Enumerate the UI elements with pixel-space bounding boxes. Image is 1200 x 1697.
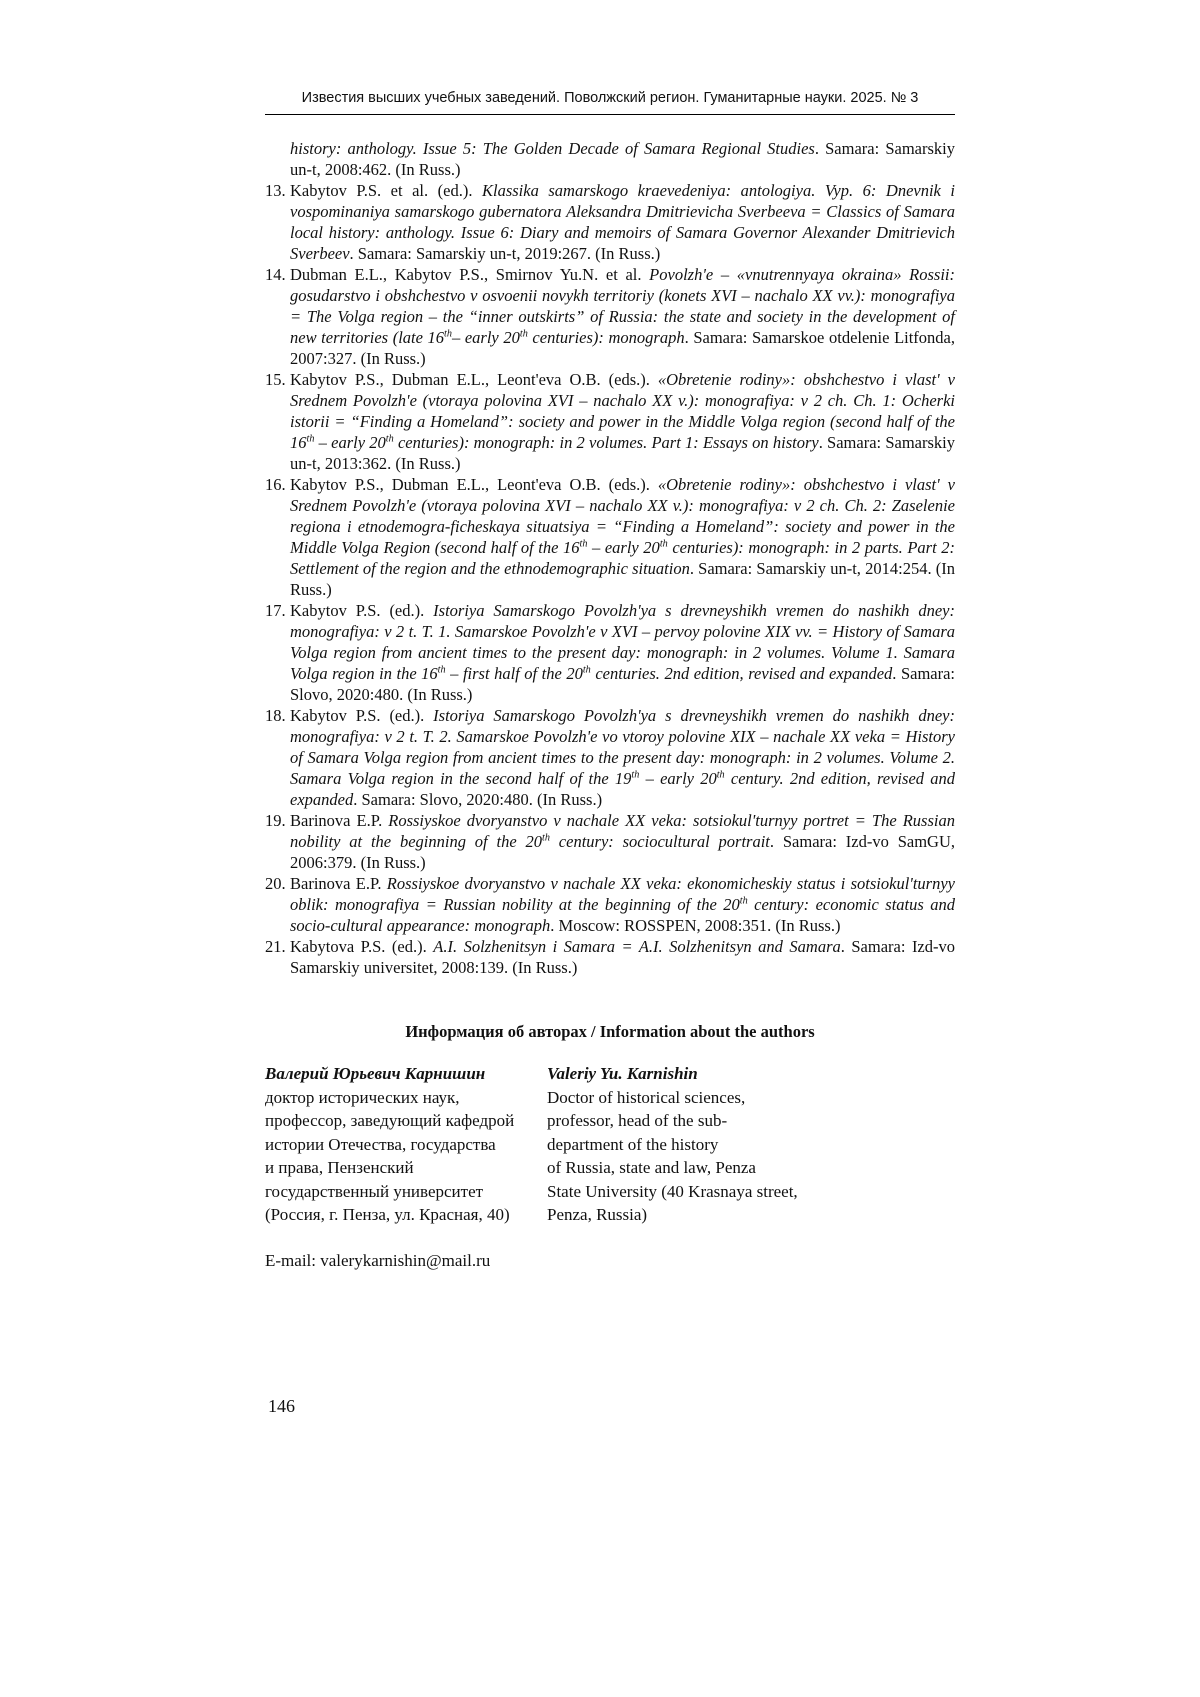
reference-item: 18.Kabytov P.S. (ed.). Istoriya Samarsko…	[265, 705, 955, 810]
ref-text-segment: centuries. 2nd edition, revised and expa…	[591, 664, 893, 683]
page-content: Известия высших учебных заведений. Повол…	[265, 0, 955, 1272]
author-column-en: Valeriy Yu. Karnishin Doctor of historic…	[547, 1062, 955, 1227]
author-bio-line: доктор исторических наук,	[265, 1086, 547, 1110]
author-bio-line: State University (40 Krasnaya street,	[547, 1180, 955, 1204]
authors-info: Валерий Юрьевич Карнишин доктор историче…	[265, 1062, 955, 1227]
reference-item: 17.Kabytov P.S. (ed.). Istoriya Samarsko…	[265, 600, 955, 705]
author-bio-line: Penza, Russia)	[547, 1203, 955, 1227]
ref-text-segment: Kabytov P.S. (ed.).	[290, 706, 433, 725]
author-email: E-mail: valerykarnishin@mail.ru	[265, 1249, 955, 1272]
reference-item: 20.Barinova E.P. Rossiyskoe dvoryanstvo …	[265, 873, 955, 936]
author-bio-en: Doctor of historical sciences,professor,…	[547, 1086, 955, 1227]
author-bio-line: государственный университет	[265, 1180, 547, 1204]
ref-text-segment: th	[520, 329, 528, 340]
reference-number: 18.	[265, 705, 290, 726]
ref-text-segment: – early 20	[587, 538, 659, 557]
journal-header: Известия высших учебных заведений. Повол…	[265, 90, 955, 115]
author-bio-line: professor, head of the sub-	[547, 1109, 955, 1133]
ref-text-segment: Kabytov P.S., Dubman E.L., Leont'eva O.B…	[290, 370, 658, 389]
ref-text-segment: Kabytova P.S. (ed.).	[290, 937, 433, 956]
ref-text-segment: Kabytov P.S., Dubman E.L., Leont'eva O.B…	[290, 475, 658, 494]
reference-carryover: history: anthology. Issue 5: The Golden …	[290, 138, 955, 180]
ref-text-segment: – first half of the 20	[446, 664, 583, 683]
reference-item: 16.Kabytov P.S., Dubman E.L., Leont'eva …	[265, 474, 955, 600]
reference-item: 13.Kabytov P.S. et al. (ed.). Klassika s…	[265, 180, 955, 264]
ref-text-segment: Kabytov P.S. et al. (ed.).	[290, 181, 482, 200]
reference-number: 13.	[265, 180, 290, 201]
ref-text-segment: Barinova E.P.	[290, 811, 388, 830]
ref-text-segment: th	[740, 896, 748, 907]
reference-item: 15.Kabytov P.S., Dubman E.L., Leont'eva …	[265, 369, 955, 474]
ref-text-segment: . Samara: Slovo, 2020:480. (In Russ.)	[353, 790, 602, 809]
author-bio-line: Doctor of historical sciences,	[547, 1086, 955, 1110]
reference-number: 21.	[265, 936, 290, 957]
ref-text-segment: th	[583, 665, 591, 676]
reference-number: 17.	[265, 600, 290, 621]
ref-text-segment: centuries): monograph	[528, 328, 685, 347]
author-column-ru: Валерий Юрьевич Карнишин доктор историче…	[265, 1062, 547, 1227]
ref-text-segment: th	[438, 665, 446, 676]
author-name-en: Valeriy Yu. Karnishin	[547, 1062, 955, 1086]
author-bio-line: и права, Пензенский	[265, 1156, 547, 1180]
ref-text-segment: – early 20	[452, 328, 520, 347]
author-bio-line: (Россия, г. Пенза, ул. Красная, 40)	[265, 1203, 547, 1227]
reference-number: 16.	[265, 474, 290, 495]
ref-text-segment: century: sociocultural portrait	[550, 832, 770, 851]
ref-text-segment: – early 20	[639, 769, 716, 788]
reference-number: 19.	[265, 810, 290, 831]
ref-text-segment: Dubman E.L., Kabytov P.S., Smirnov Yu.N.…	[290, 265, 649, 284]
author-bio-line: истории Отечества, государства	[265, 1133, 547, 1157]
references-list: history: anthology. Issue 5: The Golden …	[265, 138, 955, 978]
ref-text-segment: . Moscow: ROSSPEN, 2008:351. (In Russ.)	[550, 916, 840, 935]
ref-text-segment: . Samara: Samarskiy un-t, 2019:267. (In …	[350, 244, 661, 263]
reference-number: 14.	[265, 264, 290, 285]
page-number: 146	[268, 1396, 295, 1416]
author-bio-line: профессор, заведующий кафедрой	[265, 1109, 547, 1133]
author-bio-line: department of the history	[547, 1133, 955, 1157]
author-name-ru: Валерий Юрьевич Карнишин	[265, 1062, 547, 1086]
ref-text-segment: A.I. Solzhenitsyn i Samara = A.I. Solzhe…	[433, 937, 841, 956]
ref-text-segment: centuries): monograph: in 2 volumes. Par…	[394, 433, 819, 452]
author-bio-line: of Russia, state and law, Penza	[547, 1156, 955, 1180]
authors-section-heading: Информация об авторах / Information abou…	[265, 1022, 955, 1042]
ref-text-segment: th	[386, 434, 394, 445]
reference-item: 21.Kabytova P.S. (ed.). A.I. Solzhenitsy…	[265, 936, 955, 978]
reference-item: 19.Barinova E.P. Rossiyskoe dvoryanstvo …	[265, 810, 955, 873]
author-bio-ru: доктор исторических наук,профессор, заве…	[265, 1086, 547, 1227]
ref-text-segment: Barinova E.P.	[290, 874, 387, 893]
ref-text-segment: th	[444, 329, 452, 340]
reference-number: 15.	[265, 369, 290, 390]
ref-text-segment: th	[660, 539, 668, 550]
ref-text-segment: Kabytov P.S. (ed.).	[290, 601, 433, 620]
reference-number: 20.	[265, 873, 290, 894]
ref-text-segment: th	[717, 770, 725, 781]
reference-item: 14.Dubman E.L., Kabytov P.S., Smirnov Yu…	[265, 264, 955, 369]
ref-text-segment: history: anthology. Issue 5: The Golden …	[290, 139, 815, 158]
ref-text-segment: – early 20	[314, 433, 385, 452]
ref-text-segment: th	[542, 833, 550, 844]
